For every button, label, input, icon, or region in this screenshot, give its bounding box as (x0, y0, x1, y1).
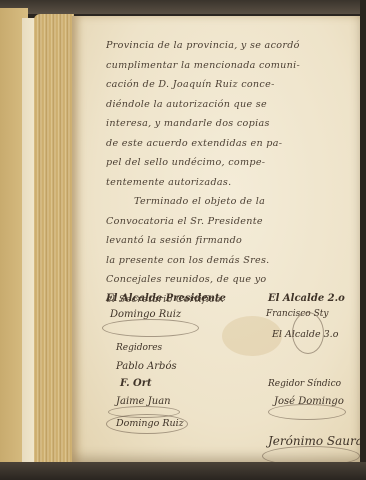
signature-flourish (292, 312, 324, 354)
text-line: Concejales reunidos, de que yo (106, 270, 351, 290)
text-line: Terminado el objeto de la (106, 192, 351, 212)
manuscript-page: Provincia de la provincia, y se acordó c… (72, 16, 360, 466)
text-line: Provincia de la provincia, y se acordó (106, 36, 351, 56)
text-line: Convocatoria el Sr. Presidente (106, 212, 351, 232)
signature-flourish (102, 319, 199, 337)
text-line: tentemente autorizadas. (106, 173, 351, 193)
text-line: pel del sello undécimo, compe- (106, 153, 351, 173)
text-line: de este acuerdo extendidas en pa- (106, 134, 351, 154)
photo-bottom-shadow (0, 462, 366, 480)
signature-flourish (268, 404, 346, 420)
signature-role: Regidores (116, 343, 162, 353)
text-line: levantó la sesión firmando (106, 231, 351, 251)
body-text: Provincia de la provincia, y se acordó c… (106, 36, 351, 309)
signature-name: Pablo Arbós (116, 361, 177, 372)
signature-flourish (106, 414, 188, 434)
signature-role: El Alcalde 2.o (268, 293, 345, 304)
page-edges (34, 14, 74, 466)
text-line: la presente con los demás Sres. (106, 251, 351, 271)
signature-name: F. Ort (120, 378, 152, 389)
photo-right-shadow (360, 0, 366, 480)
text-line: interesa, y mandarle dos copias (106, 114, 351, 134)
signature-role: Regidor Síndico (268, 379, 341, 389)
text-line: cación de D. Joaquín Ruiz conce- (106, 75, 351, 95)
photo-top-shadow (0, 0, 366, 14)
text-line: cumplimentar la mencionada comuni- (106, 56, 351, 76)
text-line: diéndole la autorización que se (106, 95, 351, 115)
signature-role: El Alcalde Presidente (106, 293, 226, 304)
